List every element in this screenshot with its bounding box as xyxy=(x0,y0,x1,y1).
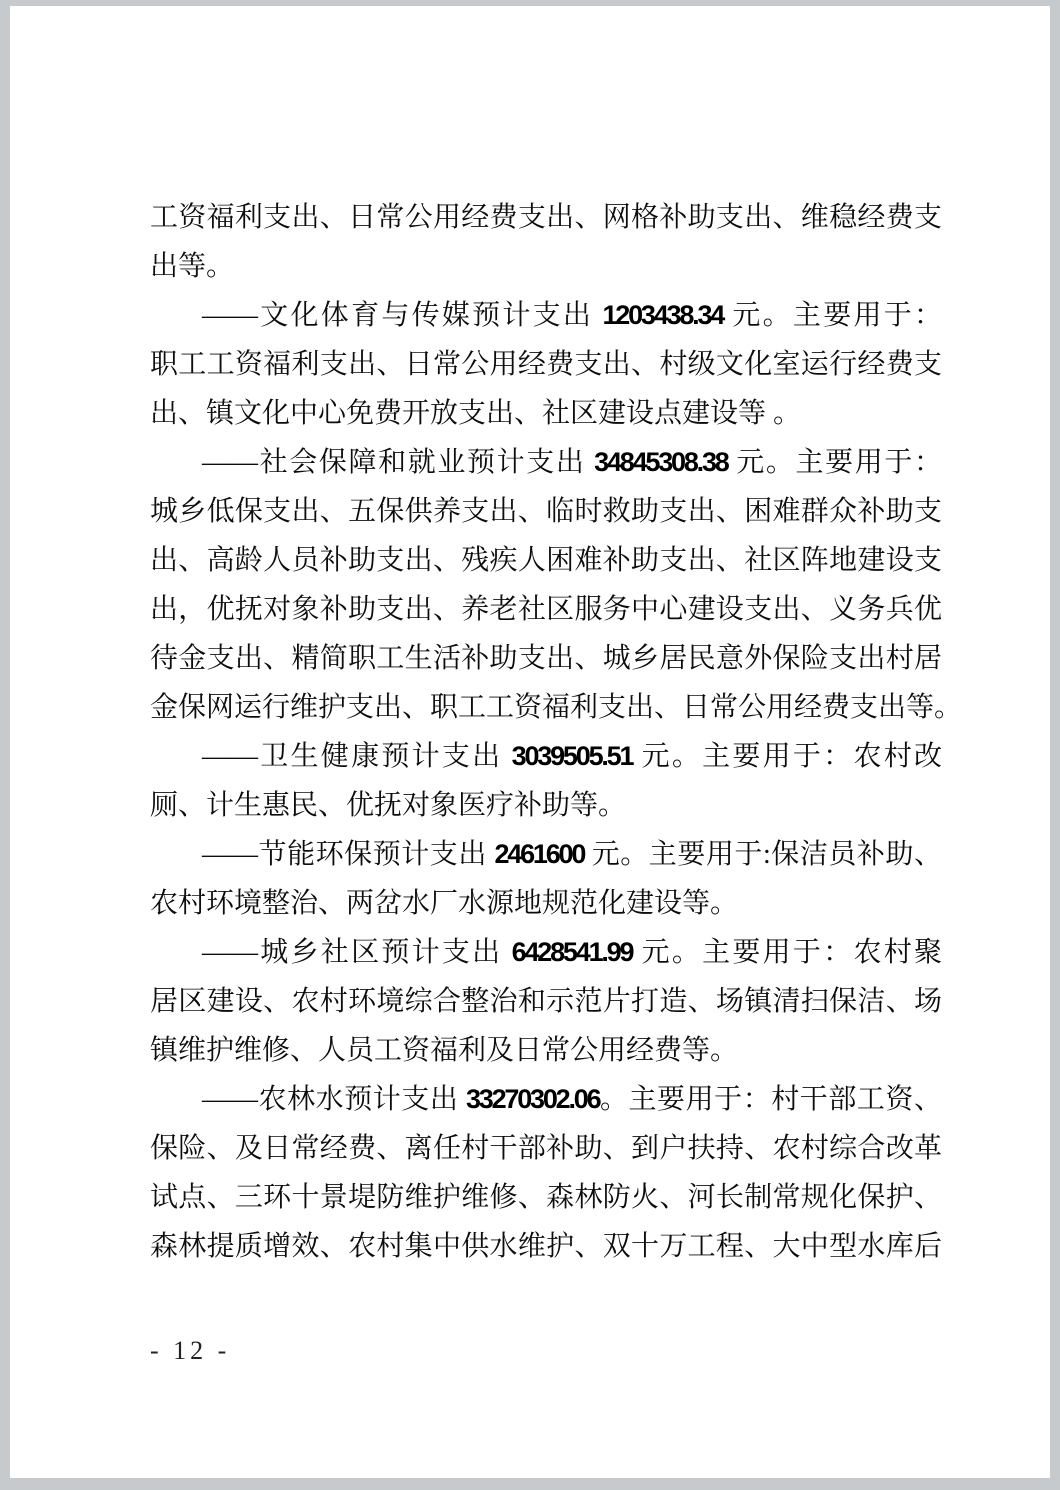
body-text: ——城乡社区预计支出 xyxy=(202,937,512,968)
document-body: 工资福利支出、日常公用经费支出、网格补助支出、维稳经费支出等。——文化体育与传媒… xyxy=(150,193,942,1271)
body-text: ——卫生健康预计支出 xyxy=(202,741,512,772)
text-line: 城乡低保支出、五保供养支出、临时救助支出、困难群众补助支 xyxy=(150,487,942,536)
text-line: 居区建设、农村环境综合整治和示范片打造、场镇清扫保洁、场 xyxy=(150,977,942,1026)
document-page: 工资福利支出、日常公用经费支出、网格补助支出、维稳经费支出等。——文化体育与传媒… xyxy=(10,6,1050,1478)
body-text: 城乡低保支出、五保供养支出、临时救助支出、困难群众补助支 xyxy=(150,496,942,527)
text-line: 试点、三环十景堤防维护维修、森林防火、河长制常规化保护、 xyxy=(150,1173,942,1222)
text-line: ——农林水预计支出 33270302.06。主要用于：村干部工资、 xyxy=(150,1075,942,1124)
body-text: 出，优抚对象补助支出、养老社区服务中心建设支出、义务兵优 xyxy=(150,594,942,625)
body-text: 出等。 xyxy=(150,251,234,282)
amount-value: 34845308.38 xyxy=(594,447,727,477)
body-text: 保险、及日常经费、离任村干部补助、到户扶持、农村综合改革 xyxy=(150,1133,942,1164)
body-text: ——社会保障和就业预计支出 xyxy=(202,447,594,478)
text-line: 厕、计生惠民、优抚对象医疗补助等。 xyxy=(150,781,942,830)
page-number: - 12 - xyxy=(150,1336,230,1366)
body-text: ——农林水预计支出 xyxy=(202,1084,466,1115)
paragraph: ——城乡社区预计支出 6428541.99 元。主要用于：农村聚居区建设、农村环… xyxy=(150,928,942,1075)
text-line: ——卫生健康预计支出 3039505.51 元。主要用于：农村改 xyxy=(150,732,942,781)
body-text: 出、镇文化中心免费开放支出、社区建设点建设等 。 xyxy=(150,398,801,429)
text-line: 出、镇文化中心免费开放支出、社区建设点建设等 。 xyxy=(150,389,942,438)
text-line: 森林提质增效、农村集中供水维护、双十万工程、大中型水库后 xyxy=(150,1222,942,1271)
paragraph: ——社会保障和就业预计支出 34845308.38 元。主要用于：城乡低保支出、… xyxy=(150,438,942,732)
text-line: ——文化体育与传媒预计支出 1203438.34 元。主要用于： xyxy=(150,291,942,340)
text-line: 镇维护维修、人员工资福利及日常公用经费等。 xyxy=(150,1026,942,1075)
body-text: 。主要用于：村干部工资、 xyxy=(599,1084,942,1115)
body-text: 厕、计生惠民、优抚对象医疗补助等。 xyxy=(150,790,626,821)
text-line: 保险、及日常经费、离任村干部补助、到户扶持、农村综合改革 xyxy=(150,1124,942,1173)
amount-value: 1203438.34 xyxy=(602,300,723,330)
text-line: ——节能环保预计支出 2461600 元。主要用于:保洁员补助、 xyxy=(150,830,942,879)
amount-value: 3039505.51 xyxy=(512,741,633,771)
body-text: 镇维护维修、人员工资福利及日常公用经费等。 xyxy=(150,1035,738,1066)
text-line: 金保网运行维护支出、职工工资福利支出、日常公用经费支出等。 xyxy=(150,683,942,732)
text-line: 出等。 xyxy=(150,242,942,291)
text-line: ——社会保障和就业预计支出 34845308.38 元。主要用于： xyxy=(150,438,942,487)
body-text: ——节能环保预计支出 xyxy=(202,839,494,870)
body-text: ——文化体育与传媒预计支出 xyxy=(202,300,602,331)
text-line: 待金支出、精简职工生活补助支出、城乡居民意外保险支出村居 xyxy=(150,634,942,683)
body-text: 居区建设、农村环境综合整治和示范片打造、场镇清扫保洁、场 xyxy=(150,986,942,1017)
paragraph: 工资福利支出、日常公用经费支出、网格补助支出、维稳经费支出等。 xyxy=(150,193,942,291)
paragraph: ——文化体育与传媒预计支出 1203438.34 元。主要用于：职工工资福利支出… xyxy=(150,291,942,438)
text-line: 出、高龄人员补助支出、残疾人困难补助支出、社区阵地建设支 xyxy=(150,536,942,585)
amount-value: 6428541.99 xyxy=(512,937,633,967)
body-text: 元。主要用于：农村聚 xyxy=(632,937,942,968)
body-text: 待金支出、精简职工生活补助支出、城乡居民意外保险支出村居 xyxy=(150,643,942,674)
text-line: 出，优抚对象补助支出、养老社区服务中心建设支出、义务兵优 xyxy=(150,585,942,634)
body-text: 元。主要用于：农村改 xyxy=(632,741,942,772)
paragraph: ——卫生健康预计支出 3039505.51 元。主要用于：农村改厕、计生惠民、优… xyxy=(150,732,942,830)
body-text: 出、高龄人员补助支出、残疾人困难补助支出、社区阵地建设支 xyxy=(150,545,942,576)
body-text: 金保网运行维护支出、职工工资福利支出、日常公用经费支出等。 xyxy=(150,692,962,723)
text-line: 职工工资福利支出、日常公用经费支出、村级文化室运行经费支 xyxy=(150,340,942,389)
body-text: 试点、三环十景堤防维护维修、森林防火、河长制常规化保护、 xyxy=(150,1182,942,1213)
paragraph: ——农林水预计支出 33270302.06。主要用于：村干部工资、保险、及日常经… xyxy=(150,1075,942,1271)
body-text: 森林提质增效、农村集中供水维护、双十万工程、大中型水库后 xyxy=(150,1231,942,1262)
body-text: 工资福利支出、日常公用经费支出、网格补助支出、维稳经费支 xyxy=(150,202,942,233)
paragraph: ——节能环保预计支出 2461600 元。主要用于:保洁员补助、农村环境整治、两… xyxy=(150,830,942,928)
text-line: 工资福利支出、日常公用经费支出、网格补助支出、维稳经费支 xyxy=(150,193,942,242)
body-text: 职工工资福利支出、日常公用经费支出、村级文化室运行经费支 xyxy=(150,349,942,380)
amount-value: 33270302.06 xyxy=(466,1084,599,1114)
body-text: 元。主要用于： xyxy=(723,300,942,331)
amount-value: 2461600 xyxy=(494,839,584,869)
body-text: 农村环境整治、两岔水厂水源地规范化建设等。 xyxy=(150,888,738,919)
body-text: 元。主要用于:保洁员补助、 xyxy=(584,839,942,870)
text-line: 农村环境整治、两岔水厂水源地规范化建设等。 xyxy=(150,879,942,928)
text-line: ——城乡社区预计支出 6428541.99 元。主要用于：农村聚 xyxy=(150,928,942,977)
body-text: 元。主要用于： xyxy=(728,447,942,478)
